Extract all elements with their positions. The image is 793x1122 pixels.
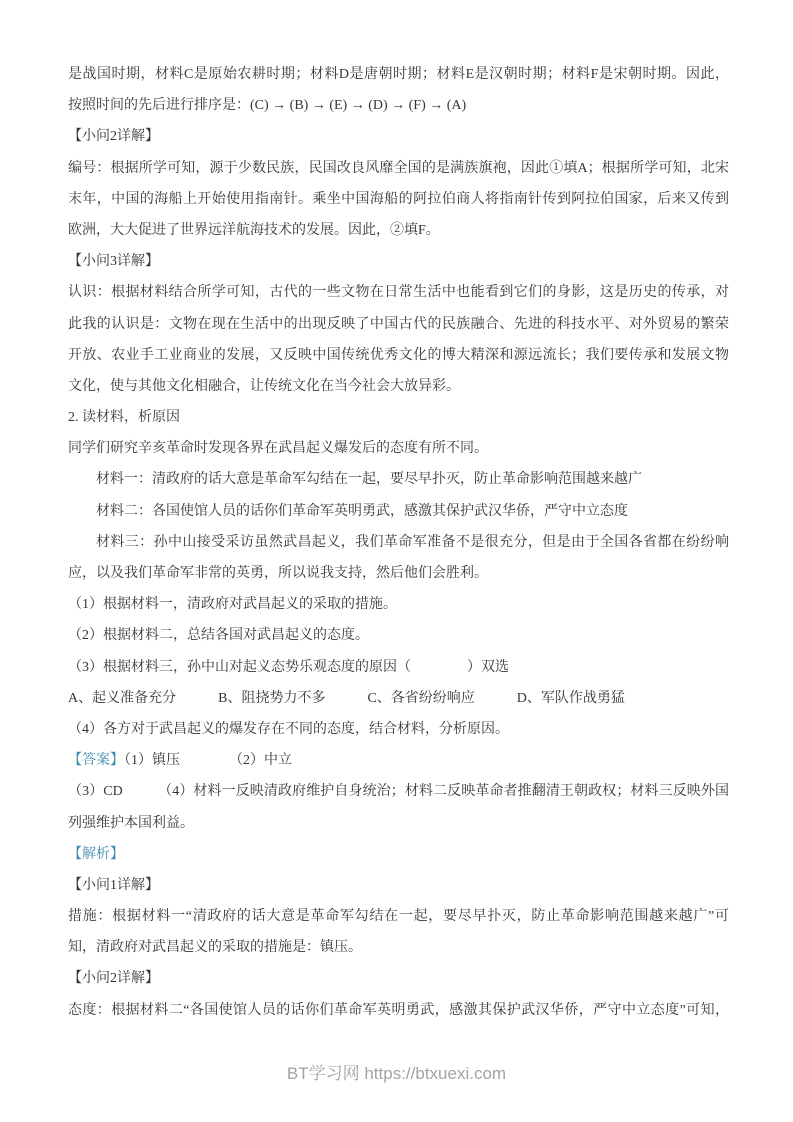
text-line: 2. 读材料，析原因 — [68, 402, 729, 433]
text-line: （3）根据材料三，孙中山对起义态势乐观态度的原因（ ）双选 — [68, 652, 729, 683]
text-line: 同学们研究辛亥革命时发现各界在武昌起义爆发后的态度有所不同。 — [68, 433, 729, 464]
text-line: 按照时间的先后进行排序是：(C) → (B) → (E) → (D) → (F)… — [68, 90, 729, 121]
text-line: 欧洲，大大促进了世界远洋航海技术的发展。因此，②填F。 — [68, 215, 729, 246]
analysis-heading-line: 【解析】 — [68, 839, 729, 870]
text-line: （2）根据材料二，总结各国对武昌起义的态度。 — [68, 620, 729, 651]
text-line: 认识：根据材料结合所学可知，古代的一些文物在日常生活中也能看到它们的身影，这是历… — [68, 277, 729, 308]
text-line: 材料三：孙中山接受采访虽然武昌起义，我们革命军准备不是很充分，但是由于全国各省都… — [68, 527, 729, 558]
text-line: （3）CD （4）材料一反映清政府维护自身统治；材料二反映革命者推翻清王朝政权；… — [68, 776, 729, 807]
text-line: 【小问3详解】 — [68, 246, 729, 277]
text-line: 列强维护本国利益。 — [68, 808, 729, 839]
text-line: 是战国时期，材料C是原始农耕时期；材料D是唐朝时期；材料E是汉朝时期；材料F是宋… — [68, 59, 729, 90]
text-line: （1）根据材料一，清政府对武昌起义的采取的措施。 — [68, 589, 729, 620]
text-line: （4）各方对于武昌起义的爆发存在不同的态度，结合材料，分析原因。 — [68, 714, 729, 745]
text-line: 知，清政府对武昌起义的采取的措施是：镇压。 — [68, 932, 729, 963]
text-line: 应，以及我们革命军非常的英勇，所以说我支持，然后他们会胜利。 — [68, 558, 729, 589]
text-line: 材料二：各国使馆人员的话你们革命军英明勇武，感激其保护武汉华侨，严守中立态度 — [68, 496, 729, 527]
text-line: 材料一：清政府的话大意是革命军勾结在一起，要尽早扑灭，防止革命影响范围越来越广 — [68, 464, 729, 495]
document-content: 是战国时期，材料C是原始农耕时期；材料D是唐朝时期；材料E是汉朝时期；材料F是宋… — [0, 0, 793, 1026]
text-line: 【小问1详解】 — [68, 870, 729, 901]
text-line: 开放、农业手工业商业的发展，又反映中国传统优秀文化的博大精深和源远流长；我们要传… — [68, 340, 729, 371]
text-line: 此我的认识是：文物在现在生活中的出现反映了中国古代的民族融合、先进的科技水平、对… — [68, 309, 729, 340]
text-line: 【小问2详解】 — [68, 963, 729, 994]
exam-document-page: 是战国时期，材料C是原始农耕时期；材料D是唐朝时期；材料E是汉朝时期；材料F是宋… — [0, 0, 793, 1122]
text-line: 文化，使与其他文化相融合，让传统文化在当今社会大放异彩。 — [68, 371, 729, 402]
answer-line: 【答案】（1）镇压 （2）中立 — [68, 745, 729, 776]
text-line: 【小问2详解】 — [68, 121, 729, 152]
text-line: A、起义准备充分 B、阻挠势力不多 C、各省纷纷响应 D、军队作战勇猛 — [68, 683, 729, 714]
text-line: 末年，中国的海船上开始使用指南针。乘坐中国海船的阿拉伯商人将指南针传到阿拉伯国家… — [68, 184, 729, 215]
text-line: 态度：根据材料二“各国使馆人员的话你们革命军英明勇武，感激其保护武汉华侨，严守中… — [68, 995, 729, 1026]
answer-label: 【答案】 — [68, 753, 124, 768]
footer-watermark: BT学习网 https://btxuexi.com — [0, 1058, 793, 1090]
text-line: 措施：根据材料一“清政府的话大意是革命军勾结在一起，要尽早扑灭，防止革命影响范围… — [68, 901, 729, 932]
text-line: 编号：根据所学可知，源于少数民族，民国改良风靡全国的是满族旗袍，因此①填A；根据… — [68, 153, 729, 184]
